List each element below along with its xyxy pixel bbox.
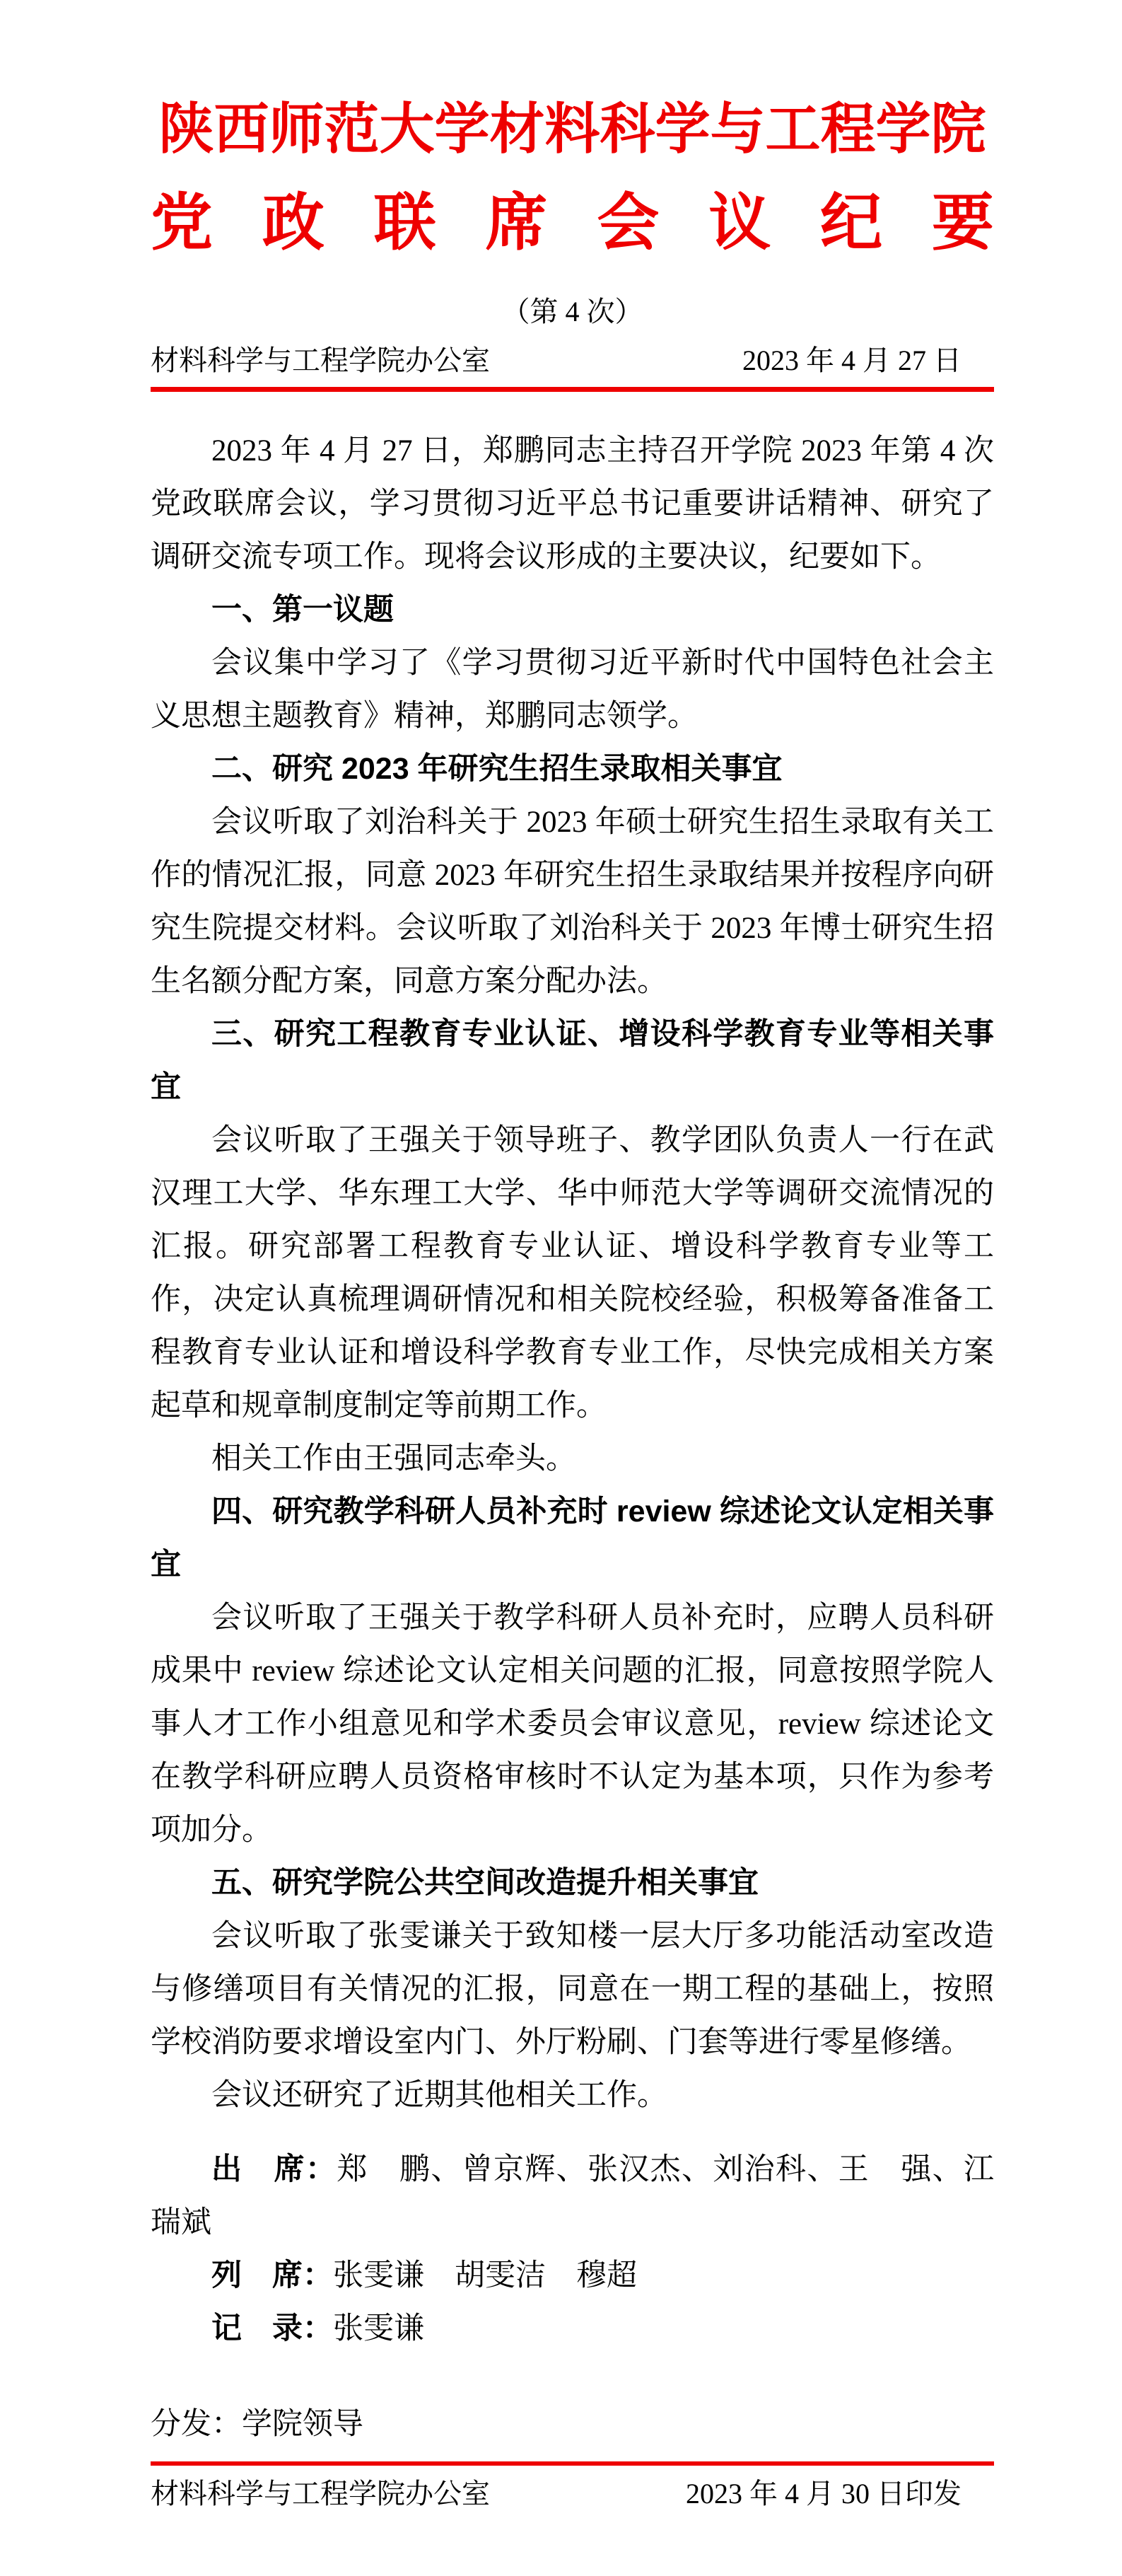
attendance-label: 记 录：	[211, 2311, 333, 2345]
footer-office: 材料科学与工程学院办公室	[151, 2476, 490, 2512]
doc-title-char: 会	[597, 189, 659, 260]
doc-title-char: 席	[486, 189, 548, 260]
doc-title-char: 要	[932, 189, 994, 260]
footer-print-date: 2023 年 4 月 30 日印发	[686, 2476, 962, 2512]
masthead-row: 材料科学与工程学院办公室 2023 年 4 月 27 日	[151, 343, 994, 378]
doc-title-char: 纪	[820, 189, 882, 260]
body-paragraph: 会议还研究了近期其他相关工作。	[151, 2069, 994, 2122]
body-paragraph: 相关工作由王强同志牵头。	[151, 1432, 994, 1485]
footer-row: 材料科学与工程学院办公室 2023 年 4 月 30 日印发	[151, 2476, 994, 2512]
attendance-row-present: 出 席：郑 鹏、曾京辉、张汉杰、刘治科、王 强、江瑞斌	[151, 2143, 994, 2249]
doc-title-char: 政	[262, 189, 325, 260]
doc-title-line2: 党政联席会议纪要	[151, 189, 994, 260]
attendance-names: 张雯谦 胡雯洁 穆超	[333, 2259, 637, 2292]
document-content: 陕西师范大学材料科学与工程学院 党政联席会议纪要 （第 4 次） 材料科学与工程…	[151, 0, 994, 2512]
minutes-body: 2023 年 4 月 27 日，郑鹏同志主持召开学院 2023 年第 4 次党政…	[151, 424, 994, 2451]
body-paragraph: 会议听取了张雯谦关于致知楼一层大厅多功能活动室改造与修缮项目有关情况的汇报，同意…	[151, 1910, 994, 2069]
body-paragraph: 会议听取了刘治科关于 2023 年硕士研究生招生录取有关工作的情况汇报，同意 2…	[151, 796, 994, 1008]
section-heading-5: 五、研究学院公共空间改造提升相关事宜	[151, 1857, 994, 1910]
attendance-names: 张雯谦	[333, 2312, 424, 2345]
doc-title-char: 议	[708, 189, 771, 260]
distribution-label: 分发：	[151, 2408, 242, 2441]
doc-title-char: 联	[374, 189, 436, 260]
meeting-date: 2023 年 4 月 27 日	[742, 343, 962, 378]
section-heading-1: 一、第一议题	[151, 584, 994, 637]
meeting-minutes-document: 陕西师范大学材料科学与工程学院 党政联席会议纪要 （第 4 次） 材料科学与工程…	[0, 0, 1122, 2576]
attendance-label: 列 席：	[211, 2258, 333, 2292]
distribution-line: 分发：学院领导	[151, 2398, 994, 2451]
attendance-row-recorder: 记 录：张雯谦	[151, 2302, 994, 2355]
distribution-value: 学院领导	[242, 2408, 363, 2441]
attendance-row-observers: 列 席：张雯谦 胡雯洁 穆超	[151, 2249, 994, 2302]
section-heading-2: 二、研究 2023 年研究生招生录取相关事宜	[151, 743, 994, 796]
section-heading-3: 三、研究工程教育专业认证、增设科学教育专业等相关事宜	[151, 1008, 994, 1114]
doc-title-line1: 陕西师范大学材料科学与工程学院	[151, 0, 994, 166]
meeting-number: （第 4 次）	[151, 295, 994, 329]
body-paragraph: 会议听取了王强关于领导班子、教学团队负责人一行在武汉理工大学、华东理工大学、华中…	[151, 1114, 994, 1432]
body-paragraph: 会议听取了王强关于教学科研人员补充时，应聘人员科研成果中 review 综述论文…	[151, 1591, 994, 1857]
doc-title-char: 党	[151, 189, 213, 260]
top-divider-rule	[151, 387, 994, 392]
section-heading-4: 四、研究教学科研人员补充时 review 综述论文认定相关事宜	[151, 1485, 994, 1591]
intro-paragraph: 2023 年 4 月 27 日，郑鹏同志主持召开学院 2023 年第 4 次党政…	[151, 424, 994, 584]
attendance-section: 出 席：郑 鹏、曾京辉、张汉杰、刘治科、王 强、江瑞斌 列 席：张雯谦 胡雯洁 …	[151, 2143, 994, 2355]
attendance-label: 出 席：	[211, 2152, 337, 2186]
bottom-divider-rule	[151, 2461, 994, 2466]
body-paragraph: 会议集中学习了《学习贯彻习近平新时代中国特色社会主义思想主题教育》精神，郑鹏同志…	[151, 637, 994, 743]
issuing-office: 材料科学与工程学院办公室	[151, 343, 490, 378]
